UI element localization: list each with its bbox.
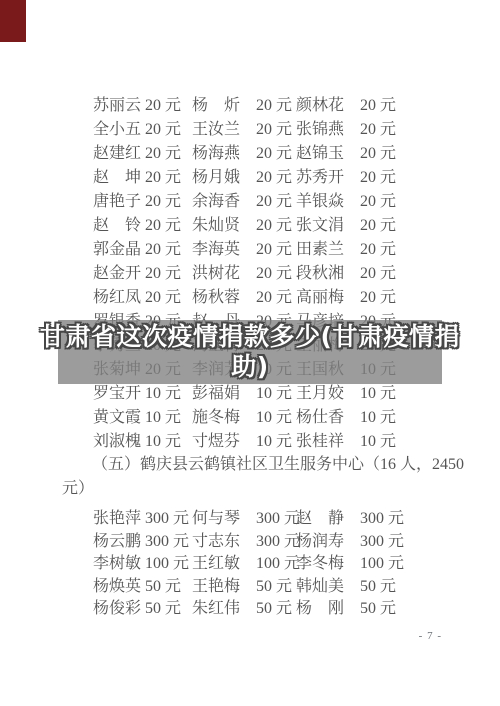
donor-cell: 洪树花 20 元 <box>192 262 292 286</box>
donor-cell: 李冬梅 100 元 <box>296 553 404 576</box>
donor-cell: 何与琴 300 元 <box>192 508 300 531</box>
donor-cell: 全小五 20 元 <box>93 118 181 142</box>
donor-cell: 张文涓 20 元 <box>296 214 396 238</box>
donor-cell: 高丽梅 20 元 <box>296 286 396 310</box>
donor-cell: 赵锦玉 20 元 <box>296 142 396 166</box>
donor-cell: 王艳梅 50 元 <box>192 576 292 599</box>
table-row: 罗宝开 10 元 彭福娟 10 元 王月姣 10 元 <box>0 382 500 406</box>
table-row: 杨云鹏 300 元 寸志东 300 元 杨润寿 300 元 <box>0 531 500 554</box>
donor-cell: 施冬梅 10 元 <box>192 406 292 430</box>
overlay-title-line1: 甘肃省这次疫情捐款多少(甘肃疫情捐 <box>40 322 460 352</box>
donor-cell: 杨秋蓉 20 元 <box>192 286 292 310</box>
donor-cell: 赵 坤 20 元 <box>93 166 181 190</box>
donor-cell: 田素兰 20 元 <box>296 238 396 262</box>
donor-cell: 颜林花 20 元 <box>296 94 396 118</box>
table-row: 赵建红 20 元 杨海燕 20 元 赵锦玉 20 元 <box>0 142 500 166</box>
donor-cell: 杨月娥 20 元 <box>192 166 292 190</box>
donor-cell: 寸煜芬 10 元 <box>192 430 292 454</box>
donor-cell: 赵 铃 20 元 <box>93 214 181 238</box>
donor-cell: 郭金晶 20 元 <box>93 238 181 262</box>
donor-cell: 苏秀开 20 元 <box>296 166 396 190</box>
title-overlay: 甘肃省这次疫情捐款多少(甘肃疫情捐 助) <box>58 320 442 384</box>
donor-cell: 杨海燕 20 元 <box>192 142 292 166</box>
table-row: 唐艳子 20 元 余海香 20 元 羊银焱 20 元 <box>0 190 500 214</box>
table-row: 赵金开 20 元 洪树花 20 元 段秋湘 20 元 <box>0 262 500 286</box>
donor-cell: 杨 炘 20 元 <box>192 94 292 118</box>
donor-cell: 段秋湘 20 元 <box>296 262 396 286</box>
donor-cell: 罗宝开 10 元 <box>93 382 181 406</box>
table-row: 赵 坤 20 元 杨月娥 20 元 苏秀开 20 元 <box>0 166 500 190</box>
overlay-title-line2: 助) <box>231 352 268 382</box>
donor-cell: 余海香 20 元 <box>192 190 292 214</box>
donation-list-part1: 苏丽云 20 元 杨 炘 20 元 颜林花 20 元 全小五 20 元 王汝兰 … <box>0 94 500 454</box>
donor-cell: 赵金开 20 元 <box>93 262 181 286</box>
table-row: 张艳萍 300 元 何与琴 300 元 赵 静 300 元 <box>0 508 500 531</box>
table-row: 全小五 20 元 王汝兰 20 元 张锦燕 20 元 <box>0 118 500 142</box>
donor-cell: 赵建红 20 元 <box>93 142 181 166</box>
donor-cell: 王红敏 100 元 <box>192 553 300 576</box>
donor-cell: 朱灿贤 20 元 <box>192 214 292 238</box>
table-row: 黄文霞 10 元 施冬梅 10 元 杨仕香 10 元 <box>0 406 500 430</box>
document-page: { "corner_marker": { "color": "#7b1a1a" … <box>0 0 500 706</box>
section-heading-line2: 元） <box>62 477 94 501</box>
table-row: 杨俊彩 50 元 朱红伟 50 元 杨 刚 50 元 <box>0 598 500 621</box>
page-number: - 7 - <box>419 630 442 642</box>
donor-cell: 杨焕英 50 元 <box>93 576 181 599</box>
donor-cell: 杨云鹏 300 元 <box>93 531 189 554</box>
donor-cell: 杨仕香 10 元 <box>296 406 396 430</box>
donor-cell: 唐艳子 20 元 <box>93 190 181 214</box>
table-row: 杨红凤 20 元 杨秋蓉 20 元 高丽梅 20 元 <box>0 286 500 310</box>
donor-cell: 黄文霞 10 元 <box>93 406 181 430</box>
donor-cell: 李海英 20 元 <box>192 238 292 262</box>
donor-cell: 杨红凤 20 元 <box>93 286 181 310</box>
donor-cell: 张锦燕 20 元 <box>296 118 396 142</box>
donor-cell: 朱红伟 50 元 <box>192 598 292 621</box>
donor-cell: 张桂祥 10 元 <box>296 430 396 454</box>
donor-cell: 羊银焱 20 元 <box>296 190 396 214</box>
table-row: 李树敏 100 元 王红敏 100 元 李冬梅 100 元 <box>0 553 500 576</box>
donor-cell: 杨俊彩 50 元 <box>93 598 181 621</box>
donor-cell: 寸志东 300 元 <box>192 531 300 554</box>
donor-cell: 苏丽云 20 元 <box>93 94 181 118</box>
table-row: 苏丽云 20 元 杨 炘 20 元 颜林花 20 元 <box>0 94 500 118</box>
donor-cell: 王月姣 10 元 <box>296 382 396 406</box>
donor-cell: 王汝兰 20 元 <box>192 118 292 142</box>
donor-cell: 刘淑槐 10 元 <box>93 430 181 454</box>
donation-list-part2: 张艳萍 300 元 何与琴 300 元 赵 静 300 元 杨云鹏 300 元 … <box>0 508 500 621</box>
table-row: 刘淑槐 10 元 寸煜芬 10 元 张桂祥 10 元 <box>0 430 500 454</box>
donor-cell: 韩灿美 50 元 <box>296 576 396 599</box>
donor-cell: 张艳萍 300 元 <box>93 508 189 531</box>
donor-cell: 杨 刚 50 元 <box>296 598 396 621</box>
donor-cell: 杨润寿 300 元 <box>296 531 404 554</box>
table-row: 杨焕英 50 元 王艳梅 50 元 韩灿美 50 元 <box>0 576 500 599</box>
corner-marker <box>0 0 26 42</box>
donor-cell: 赵 静 300 元 <box>296 508 404 531</box>
table-row: 赵 铃 20 元 朱灿贤 20 元 张文涓 20 元 <box>0 214 500 238</box>
donor-cell: 李树敏 100 元 <box>93 553 189 576</box>
table-row: 郭金晶 20 元 李海英 20 元 田素兰 20 元 <box>0 238 500 262</box>
donor-cell: 彭福娟 10 元 <box>192 382 292 406</box>
section-heading-line1: （五）鹤庆县云鹤镇社区卫生服务中心（16 人，2450 <box>92 453 464 477</box>
